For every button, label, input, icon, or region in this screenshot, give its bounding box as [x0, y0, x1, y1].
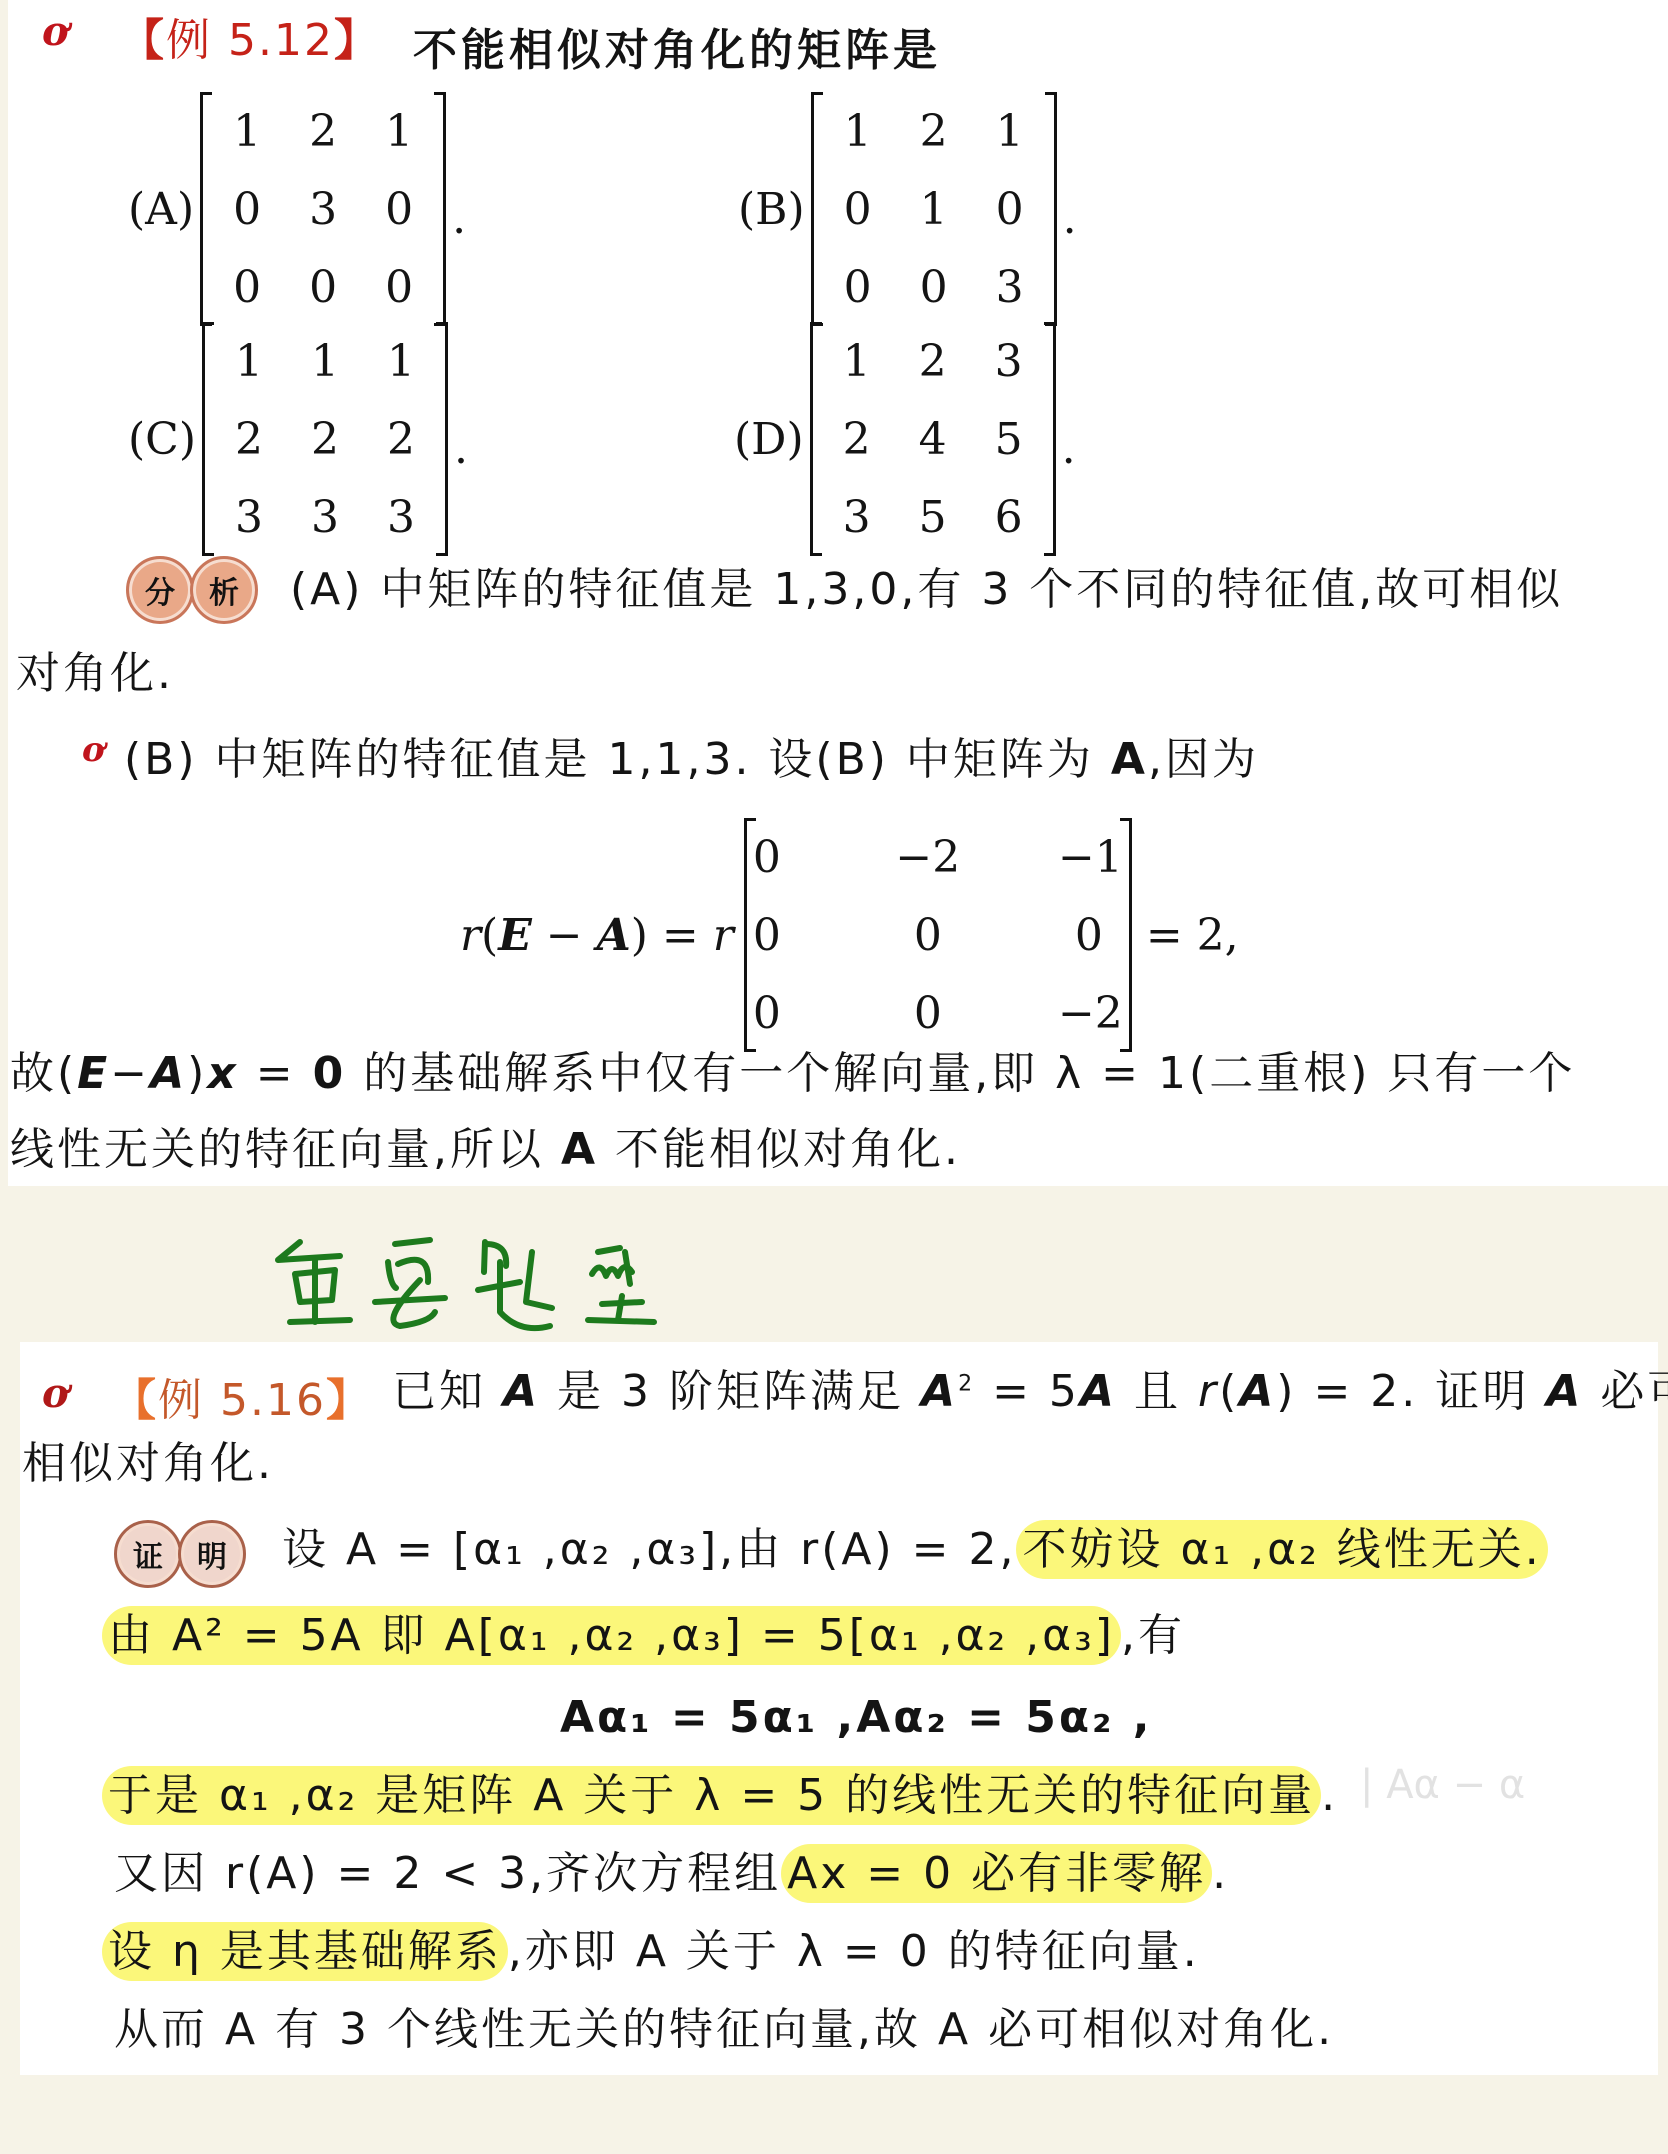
- highlight: Ax = 0 必有非零解: [781, 1844, 1212, 1903]
- option-c[interactable]: (C) 111 222 333 .: [128, 322, 468, 556]
- bracket-open: 【: [120, 15, 166, 66]
- highlight: 于是 α₁ ,α₂ 是矩阵 A 关于 λ = 5 的线性无关的特征向量: [102, 1766, 1321, 1825]
- question-line-2: 相似对角化.: [22, 1442, 274, 1486]
- option-b[interactable]: (B) 121 010 003 .: [738, 92, 1077, 326]
- example-5-12-block: ơ 【例 5.12】 不能相似对角化的矩阵是 (A) 121 030 000 .…: [8, 0, 1668, 1186]
- proof-line-2: 由 A² = 5A 即 A[α₁ ,α₂ ,α₃] = 5[α₁ ,α₂ ,α₃…: [102, 1614, 1185, 1658]
- analysis-line-4: 故(E−A)x = 0 的基础解系中仅有一个解向量,即 λ = 1(二重根) 只…: [10, 1052, 1575, 1096]
- highlight: 不妨设 α₁ ,α₂ 线性无关.: [1016, 1520, 1547, 1579]
- matrix: 123 245 356: [810, 322, 1056, 556]
- proof-line-4: 于是 α₁ ,α₂ 是矩阵 A 关于 λ = 5 的线性无关的特征向量.: [102, 1774, 1338, 1818]
- example-number: 例 5.12: [166, 15, 334, 66]
- proof-badge-icon: 证明: [114, 1520, 242, 1588]
- red-check-mark-icon: ơ: [42, 8, 69, 55]
- question-text: 不能相似对角化的矩阵是: [413, 14, 941, 78]
- option-label: (B): [738, 184, 805, 235]
- question-text: 已知 A 是 3 阶矩阵满足 A2 = 5A 且 r(A) = 2. 证明 A …: [392, 1370, 1668, 1414]
- proof-line-1: 设 A = [α₁ ,α₂ ,α₃],由 r(A) = 2,不妨设 α₁ ,α₂…: [282, 1528, 1548, 1572]
- matrix: 121 030 000: [200, 92, 446, 326]
- example-label: 【例 5.12】: [120, 4, 380, 68]
- option-label: (D): [734, 414, 804, 465]
- bleed-through-text: | Aα − α: [1360, 1762, 1525, 1808]
- example-5-16-block: | Aα − α ơ 【例 5.16】 已知 A 是 3 阶矩阵满足 A2 = …: [20, 1342, 1658, 2075]
- bracket-close: 】: [334, 15, 380, 66]
- analysis-badge-icon: 分析: [126, 556, 254, 624]
- red-check-mark-icon: ơ: [82, 730, 105, 770]
- highlight: 由 A² = 5A 即 A[α₁ ,α₂ ,α₃] = 5[α₁ ,α₂ ,α₃…: [102, 1606, 1121, 1665]
- analysis-line-3: (B) 中矩阵的特征值是 1,1,3. 设(B) 中矩阵为 A,因为: [124, 738, 1259, 782]
- example-number: 例 5.16: [158, 1375, 326, 1426]
- analysis-line-5: 线性无关的特征向量,所以 A 不能相似对角化.: [10, 1128, 961, 1172]
- example-label: 【例 5.16】: [112, 1364, 372, 1428]
- option-d[interactable]: (D) 123 245 356 .: [734, 322, 1076, 556]
- analysis-line-2: 对角化.: [16, 652, 174, 696]
- option-label: (A): [128, 184, 194, 235]
- matrix-e-minus-a: 0−2−1 000 00−2: [744, 818, 1132, 1052]
- proof-line-5: 又因 r(A) = 2 < 3,齐次方程组Ax = 0 必有非零解.: [114, 1852, 1229, 1896]
- option-a[interactable]: (A) 121 030 000 .: [128, 92, 466, 326]
- option-label: (C): [128, 414, 196, 465]
- proof-line-7: 从而 A 有 3 个线性无关的特征向量,故 A 必可相似对角化.: [114, 2008, 1334, 2052]
- proof-line-6: 设 η 是其基础解系,亦即 A 关于 λ = 0 的特征向量.: [102, 1930, 1200, 1974]
- matrix: 111 222 333: [202, 322, 448, 556]
- rank-equation: r(E − A) = r 0−2−1 000 00−2 = 2,: [460, 818, 1245, 1052]
- analysis-line-1: (A) 中矩阵的特征值是 1,3,0,有 3 个不同的特征值,故可相似: [290, 568, 1563, 612]
- handwriting-icon: [270, 1222, 670, 1332]
- proof-line-3: Aα₁ = 5α₁ ,Aα₂ = 5α₂ ,: [560, 1696, 1152, 1740]
- handwritten-note-important-type: 重要题型: [270, 1222, 670, 1336]
- red-check-mark-icon: ơ: [42, 1370, 69, 1417]
- highlight: 设 η 是其基础解系: [102, 1922, 508, 1981]
- matrix: 121 010 003: [811, 92, 1057, 326]
